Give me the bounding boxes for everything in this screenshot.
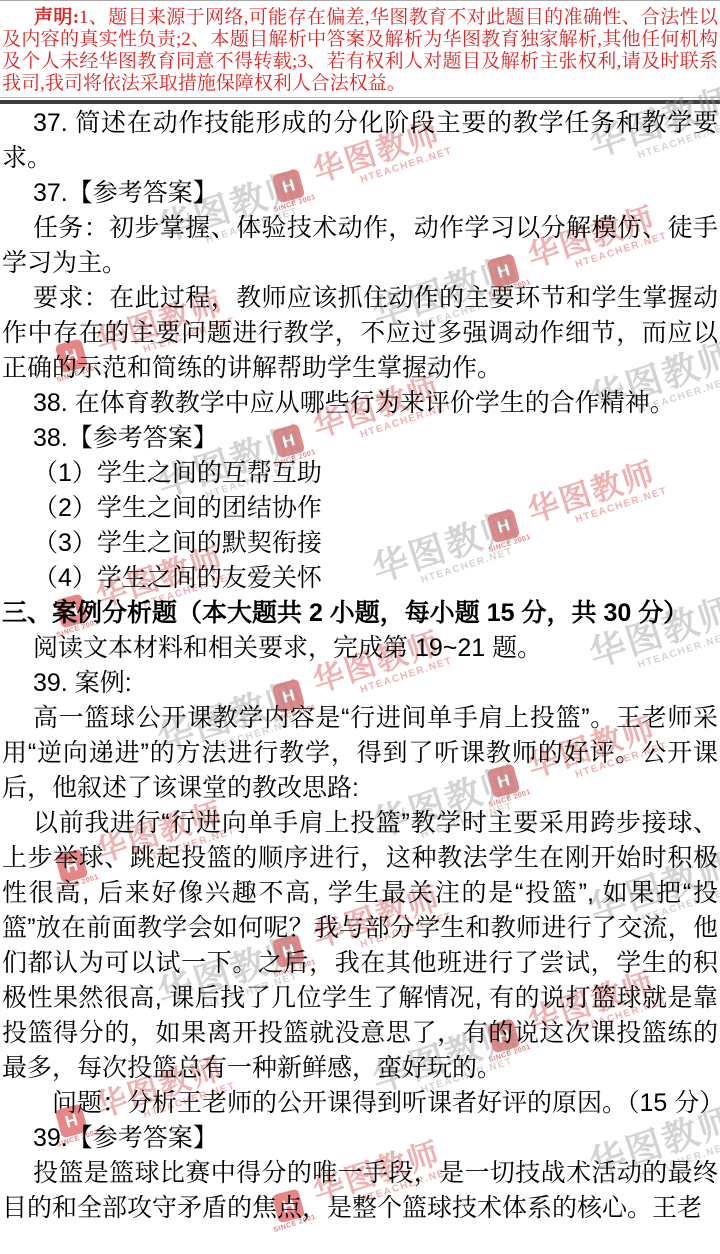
disclaimer-text: 1、题目来源于网络,可能存在偏差,华图教育不对此题目的准确性、合法性以及内容的真… [2, 7, 718, 94]
paragraph-11: 三、案例分析题（本大题共 2 小题，每小题 15 分，共 30 分） [2, 596, 718, 631]
paragraph-16: 问题：分析王老师的公开课得到听课者好评的原因。（15 分） [2, 1086, 718, 1121]
divider-thin-rule [0, 97, 720, 98]
paragraph-13: 39. 案例: [2, 666, 718, 701]
paragraph-12: 阅读文本材料和相关要求，完成第 19~21 题。 [2, 631, 718, 666]
disclaimer-label: 声明: [34, 7, 79, 28]
paragraph-5: 38. 在体育教教学中应从哪些行为来评价学生的合作精神。 [2, 386, 718, 421]
paragraph-2: 37.【参考答案】 [2, 176, 718, 211]
paragraph-8: （2）学生之间的团结协作 [2, 491, 718, 526]
paragraph-17: 39.【参考答案】 [2, 1121, 718, 1156]
paragraph-18: 投篮是篮球比赛中得分的唯一手段，是一切技战术活动的最终目的和全部攻守矛盾的焦点，… [2, 1156, 718, 1226]
document-page: HSINCE 2001华图教师HTEACHER.NETHSINCE 2001华图… [0, 0, 720, 1254]
paragraph-9: （3）学生之间的默契衔接 [2, 526, 718, 561]
paragraph-1: 37. 简述在动作技能形成的分化阶段主要的教学任务和教学要求。 [2, 106, 718, 176]
paragraph-14: 高一篮球公开课教学内容是“行进间单手肩上投篮”。王老师采用“逆向递进”的方法进行… [2, 701, 718, 806]
paragraph-7: （1）学生之间的互帮互助 [2, 456, 718, 491]
paragraph-6: 38.【参考答案】 [2, 421, 718, 456]
paragraph-3: 任务：初步掌握、体验技术动作，动作学习以分解模仿、徒手学习为主。 [2, 211, 718, 281]
paragraph-10: （4）学生之间的友爱关怀 [2, 561, 718, 596]
disclaimer: 声明:1、题目来源于网络,可能存在偏差,华图教育不对此题目的准确性、合法性以及内… [0, 1, 720, 95]
content: 37. 简述在动作技能形成的分化阶段主要的教学任务和教学要求。37.【参考答案】… [0, 104, 720, 1226]
paragraph-15: 以前我进行“行进向单手肩上投篮”教学时主要采用跨步接球、上步举球、跳起投篮的顺序… [2, 806, 718, 1086]
paragraph-4: 要求：在此过程，教师应该抓住动作的主要环节和学生掌握动作中存在的主要问题进行教学… [2, 281, 718, 386]
